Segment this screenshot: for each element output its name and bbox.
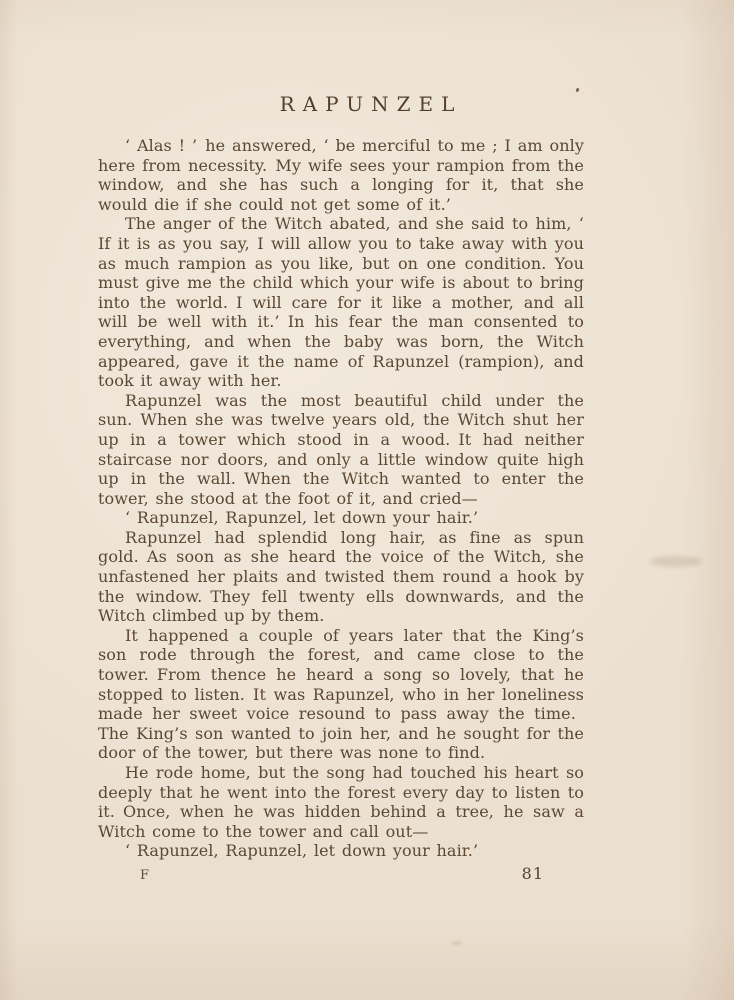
page-title: RAPUNZEL bbox=[0, 92, 734, 116]
book-page-scan: RAPUNZEL ‘ Alas ! ’ he answered, ‘ be me… bbox=[0, 0, 734, 1000]
paragraph: Rapunzel had splendid long hair, as fine… bbox=[98, 528, 584, 626]
paragraph-quote-line: ‘ Rapunzel, Rapunzel, let down your hair… bbox=[98, 841, 584, 861]
page-footer: F 81 bbox=[98, 864, 584, 883]
paper-smudge bbox=[650, 556, 702, 567]
paragraph: ‘ Alas ! ’ he answered, ‘ be merciful to… bbox=[98, 136, 584, 214]
paragraph: Rapunzel was the most beautiful child un… bbox=[98, 391, 584, 509]
paper-fleck bbox=[452, 941, 462, 946]
paragraph: It happened a couple of years later that… bbox=[98, 626, 584, 763]
signature-mark: F bbox=[140, 868, 149, 883]
text-block: ‘ Alas ! ’ he answered, ‘ be merciful to… bbox=[98, 136, 584, 883]
paragraph: The anger of the Witch abated, and she s… bbox=[98, 214, 584, 390]
page-number: 81 bbox=[522, 864, 544, 883]
paragraph-quote-line: ‘ Rapunzel, Rapunzel, let down your hair… bbox=[98, 508, 584, 528]
paragraph: He rode home, but the song had touched h… bbox=[98, 763, 584, 841]
